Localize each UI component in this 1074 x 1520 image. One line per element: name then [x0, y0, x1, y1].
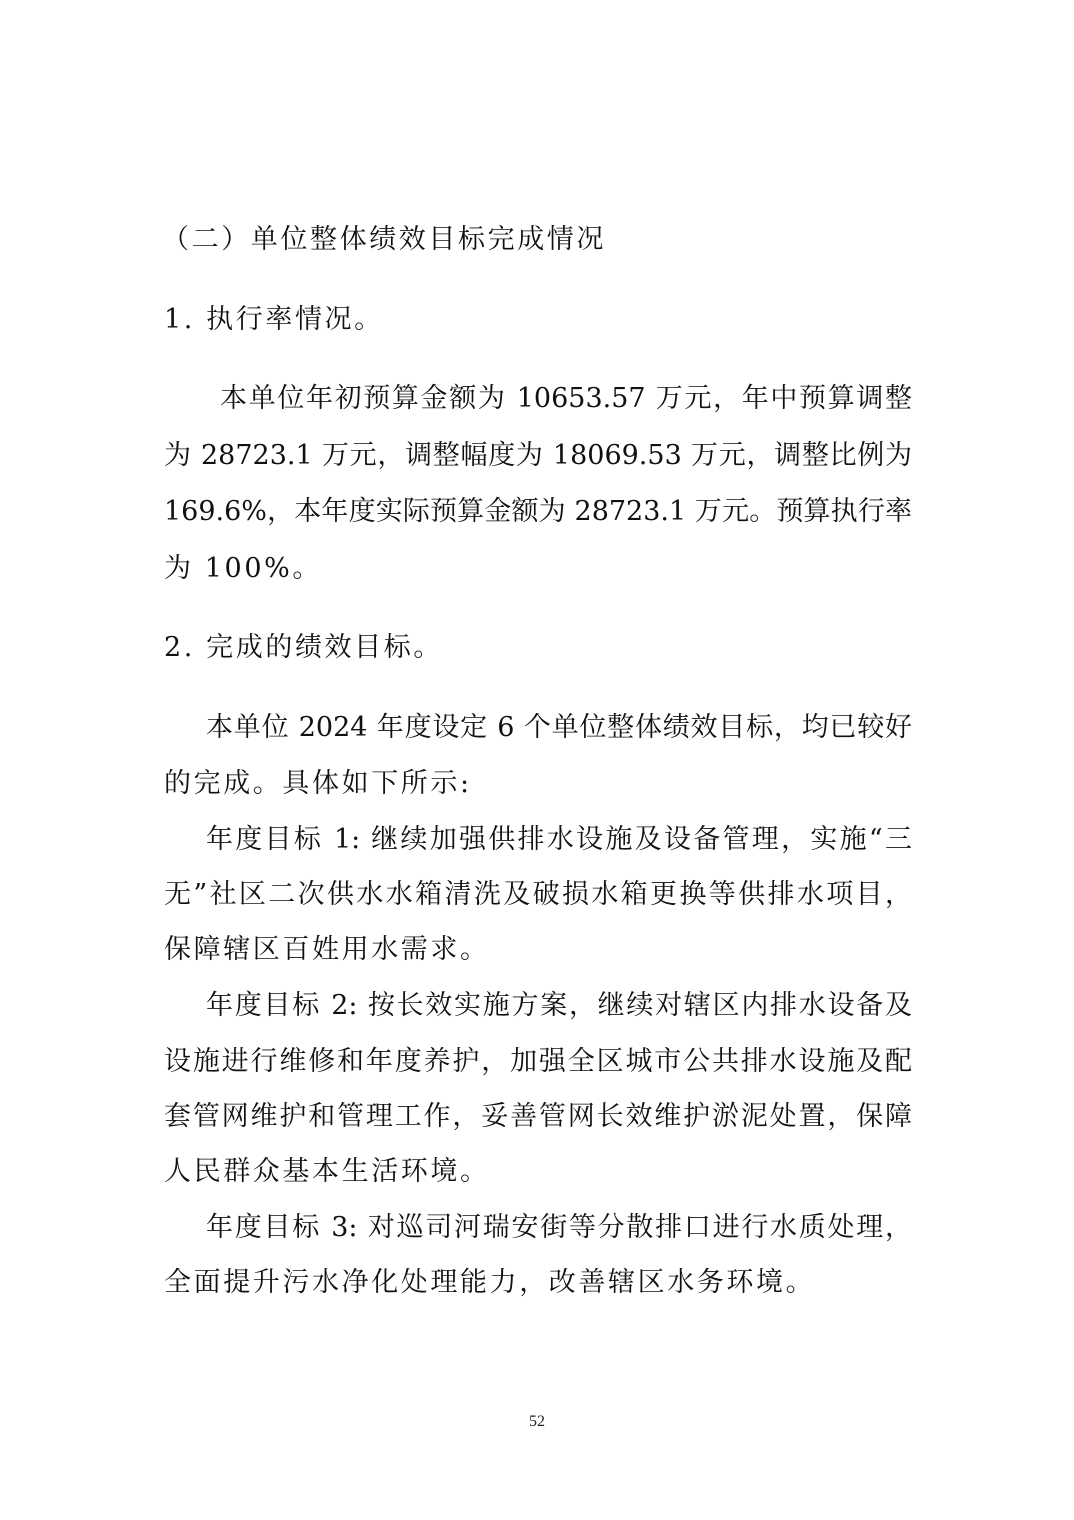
subsection-2-title: 2. 完成的绩效目标。 [164, 631, 443, 665]
goal-2-line: 套管网维护和管理工作，妥善管网长效维护淤泥处置，保障 [164, 1100, 912, 1134]
section-heading: （二）单位整体绩效目标完成情况 [162, 223, 606, 257]
goal-1-line: 年度目标 1: 继续加强供排水设施及设备管理，实施“三 [206, 823, 912, 857]
paragraph-line: 169.6%，本年度实际预算金额为 28723.1 万元。预算执行率 [164, 495, 912, 529]
goal-2-line: 设施进行维修和年度养护，加强全区城市公共排水设施及配 [164, 1045, 912, 1079]
paragraph-line: 本单位 2024 年度设定 6 个单位整体绩效目标，均已较好 [206, 711, 912, 745]
goal-2-line: 年度目标 2: 按长效实施方案，继续对辖区内排水设备及 [206, 989, 912, 1023]
paragraph-line: 本单位年初预算金额为 10653.57 万元，年中预算调整 [220, 382, 912, 416]
goal-2-line: 人民群众基本生活环境。 [164, 1155, 490, 1189]
goal-1-line: 无”社区二次供水水箱清洗及破损水箱更换等供排水项目， [164, 878, 912, 912]
goal-1-line: 保障辖区百姓用水需求。 [164, 933, 490, 967]
paragraph-line: 为 100%。 [164, 552, 322, 586]
goal-3-line: 年度目标 3: 对巡司河瑞安街等分散排口进行水质处理， [206, 1211, 912, 1245]
subsection-1-title: 1. 执行率情况。 [164, 303, 384, 337]
page-number: 52 [0, 1413, 1074, 1431]
paragraph-line: 的完成。具体如下所示: [164, 767, 472, 801]
goal-3-line: 全面提升污水净化处理能力，改善辖区水务环境。 [164, 1266, 815, 1300]
paragraph-line: 为 28723.1 万元，调整幅度为 18069.53 万元，调整比例为 [164, 439, 912, 473]
